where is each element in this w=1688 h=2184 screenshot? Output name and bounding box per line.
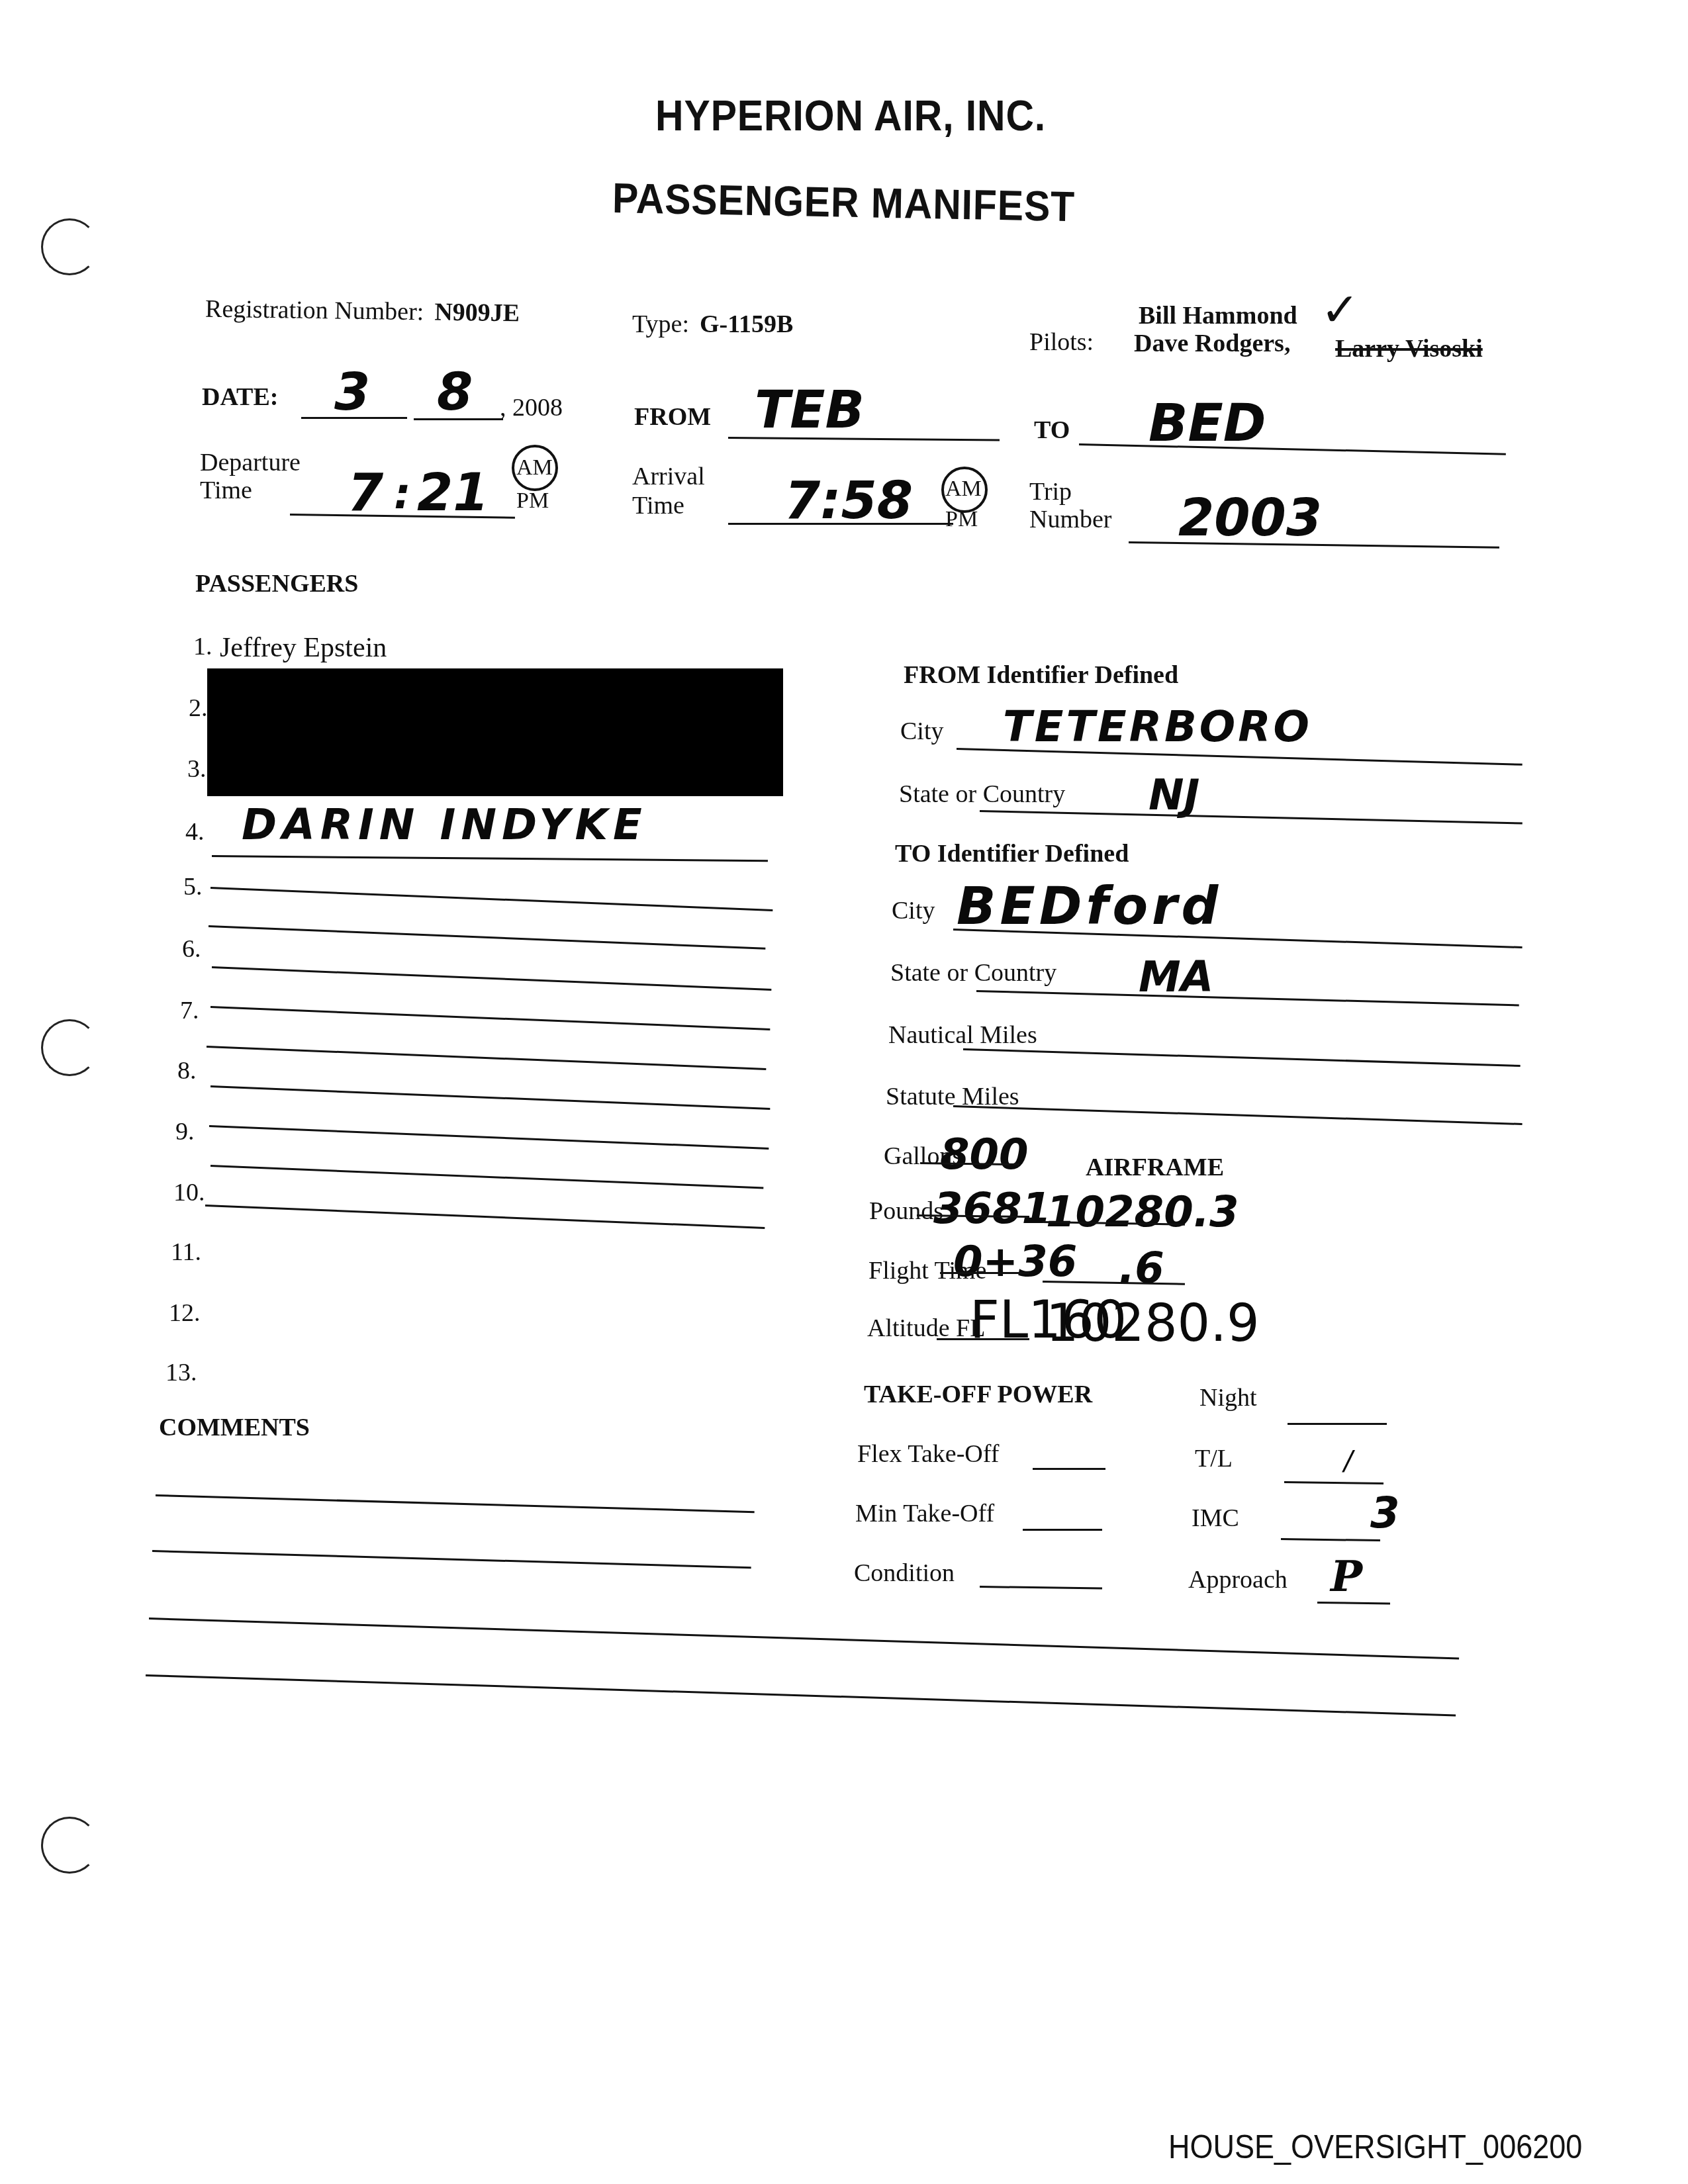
from-value: TEB xyxy=(755,381,865,440)
comments-line-4[interactable] xyxy=(146,1674,1456,1716)
date-month-line xyxy=(301,417,407,419)
condition-field[interactable] xyxy=(980,1586,1102,1590)
tl-label: T/L xyxy=(1195,1444,1233,1473)
passenger-4-line xyxy=(212,855,768,862)
page-title: PASSENGER MANIFEST xyxy=(612,173,1075,231)
pilot-3: Larry Visoski xyxy=(1335,334,1483,363)
nautical-miles-field[interactable] xyxy=(963,1048,1521,1067)
airframe-heading: AIRFRAME xyxy=(1086,1153,1224,1182)
to-city-label: City xyxy=(892,896,935,925)
departure-sep: : xyxy=(394,470,411,519)
passenger-11-number: 11. xyxy=(171,1238,201,1267)
date-day: 8 xyxy=(437,363,473,422)
to-city-line xyxy=(953,929,1523,948)
passengers-heading: PASSENGERS xyxy=(195,569,358,598)
punch-hole-top xyxy=(41,218,98,275)
tl-line xyxy=(1284,1481,1383,1484)
flex-takeoff-label: Flex Take-Off xyxy=(857,1439,999,1469)
departure-am: AM xyxy=(516,455,553,480)
from-identifier-heading: FROM Identifier Defined xyxy=(904,660,1178,690)
comments-line-3[interactable] xyxy=(149,1617,1459,1659)
passenger-4-name: DARIN INDYKE xyxy=(242,801,647,850)
to-value: BED xyxy=(1149,394,1266,453)
approach-label: Approach xyxy=(1188,1565,1288,1594)
night-field[interactable] xyxy=(1288,1423,1387,1425)
passenger-9-line xyxy=(207,1046,766,1070)
condition-label: Condition xyxy=(854,1559,955,1588)
passenger-13-line xyxy=(205,1205,765,1229)
checkmark-icon: ✓ xyxy=(1321,283,1360,337)
passenger-10-line xyxy=(211,1085,770,1110)
date-year: , 2008 xyxy=(500,393,563,422)
flight-time-line xyxy=(940,1272,1029,1274)
flight-time-value: 0+36 xyxy=(953,1238,1077,1287)
date-label: DATE: xyxy=(202,383,278,412)
passenger-8-line xyxy=(211,1006,770,1030)
departure-minutes: 21 xyxy=(417,463,489,523)
type-label: Type: xyxy=(632,310,689,338)
to-line xyxy=(1079,443,1506,455)
pounds-label: Pounds xyxy=(869,1197,943,1226)
min-takeoff-label: Min Take-Off xyxy=(855,1499,994,1528)
type-value: G-1159B xyxy=(700,310,793,338)
departure-pm: PM xyxy=(516,488,549,514)
passenger-11-line xyxy=(209,1125,769,1150)
punch-hole-middle xyxy=(41,1019,98,1076)
to-label: TO xyxy=(1034,416,1070,445)
gallons-value: 800 xyxy=(940,1130,1029,1179)
passenger-4-number: 4. xyxy=(185,817,205,846)
type-field: Type: G-1159B xyxy=(632,310,793,339)
redaction-box xyxy=(207,668,783,796)
to-city-value: BEDford xyxy=(957,877,1222,936)
registration-label: Registration Number: xyxy=(205,295,424,326)
registration-value: N909JE xyxy=(434,298,520,328)
passenger-9-number: 9. xyxy=(175,1117,195,1146)
pounds-value: 3681 xyxy=(933,1185,1051,1234)
passenger-6-line xyxy=(209,925,765,950)
tl-value: / xyxy=(1344,1446,1352,1477)
passenger-7-number: 7. xyxy=(180,996,199,1025)
passenger-7-line xyxy=(212,966,771,991)
from-label: FROM xyxy=(634,402,711,432)
from-state-label: State or Country xyxy=(899,780,1065,809)
arrival-value: 7:58 xyxy=(784,471,913,531)
punch-hole-bottom xyxy=(41,1817,98,1874)
airframe-end-value: 10280.9 xyxy=(1046,1294,1260,1353)
approach-line xyxy=(1317,1602,1390,1605)
pilots-field: Bill Hammond ✓ Pilots: Dave Rodgers, Lar… xyxy=(1029,301,1532,381)
statute-miles-field[interactable] xyxy=(953,1105,1523,1125)
imc-value: 3 xyxy=(1370,1489,1400,1538)
nautical-miles-label: Nautical Miles xyxy=(888,1021,1037,1050)
from-city-value: TETERBORO xyxy=(1003,703,1312,752)
comments-line-2[interactable] xyxy=(152,1550,751,1569)
passenger-5-line xyxy=(211,887,773,911)
pilots-label: Pilots: xyxy=(1029,328,1094,357)
from-state-value: NJ xyxy=(1149,771,1199,820)
airframe-add-value: .6 xyxy=(1119,1244,1164,1293)
passenger-13-number: 13. xyxy=(165,1358,197,1387)
passenger-1-number: 1. xyxy=(193,632,212,661)
passenger-2-number: 2. xyxy=(189,694,208,723)
pilot-2: Dave Rodgers, xyxy=(1134,329,1290,358)
passenger-1-name: Jeffrey Epstein xyxy=(220,632,387,664)
min-takeoff-field[interactable] xyxy=(1023,1529,1102,1531)
trip-number-label: Trip Number xyxy=(1029,478,1112,533)
pilot-1: Bill Hammond xyxy=(1139,301,1297,330)
passenger-8-number: 8. xyxy=(177,1056,197,1085)
departure-label: Departure Time xyxy=(200,449,301,504)
from-line xyxy=(728,437,1000,441)
bates-number: HOUSE_OVERSIGHT_006200 xyxy=(1168,2128,1582,2166)
date-day-line xyxy=(414,418,503,420)
takeoff-power-heading: TAKE-OFF POWER xyxy=(864,1380,1092,1409)
date-month: 3 xyxy=(334,363,370,422)
passenger-10-number: 10. xyxy=(173,1178,205,1207)
airframe-start-value: 10280.3 xyxy=(1046,1188,1239,1237)
imc-label: IMC xyxy=(1192,1504,1239,1533)
from-state-line xyxy=(980,810,1523,825)
registration-field: Registration Number: N909JE xyxy=(205,295,520,328)
night-label: Night xyxy=(1199,1383,1257,1412)
imc-line xyxy=(1281,1538,1380,1541)
passenger-12-number: 12. xyxy=(169,1298,201,1328)
arrival-am: AM xyxy=(945,477,982,502)
to-state-line xyxy=(976,990,1519,1006)
arrival-label: Arrival Time xyxy=(632,462,705,520)
passenger-5-number: 5. xyxy=(183,872,203,901)
flex-takeoff-field[interactable] xyxy=(1033,1468,1105,1470)
trip-number-value: 2003 xyxy=(1178,488,1322,548)
comments-heading: COMMENTS xyxy=(159,1413,310,1442)
company-name: HYPERION AIR, INC. xyxy=(655,91,1046,140)
altitude-line xyxy=(937,1338,1029,1340)
to-identifier-heading: TO Identifier Defined xyxy=(895,839,1129,868)
arrival-pm: PM xyxy=(945,507,978,532)
passenger-6-number: 6. xyxy=(182,934,201,964)
comments-line-1[interactable] xyxy=(156,1494,755,1513)
arrival-line xyxy=(728,523,953,525)
passenger-12-line xyxy=(211,1165,763,1189)
passenger-3-number: 3. xyxy=(187,754,207,784)
from-city-label: City xyxy=(900,717,943,746)
approach-value: P xyxy=(1331,1552,1362,1602)
to-state-label: State or Country xyxy=(890,958,1056,987)
